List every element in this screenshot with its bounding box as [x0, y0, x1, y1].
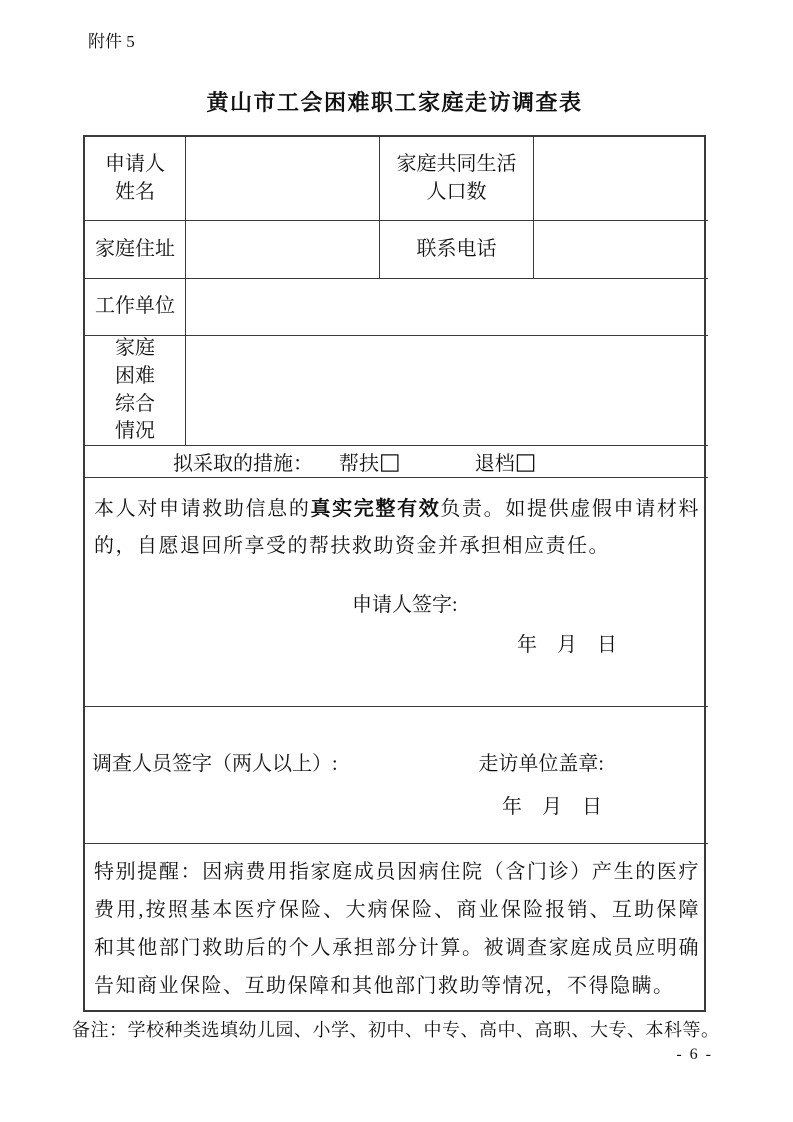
work-unit-label: 工作单位 — [85, 279, 186, 336]
form-table: 申请人 姓名 家庭共同生活 人口数 家庭住址 联系电话 工作单位 家庭 困难 综… — [83, 135, 706, 1012]
page-number: - 6 - — [676, 1046, 713, 1064]
declaration-text-start: 本人对申请救助信息的 — [94, 498, 310, 520]
declaration-paragraph: 本人对申请救助信息的真实完整有效负责。如提供虚假申请材料的，自愿退回所享受的帮扶… — [94, 491, 700, 565]
assist-option-label: 帮扶 — [339, 447, 379, 476]
measures-label: 拟采取的措施： — [173, 447, 313, 476]
reminder-label: 特别提醒： — [94, 861, 202, 883]
applicant-name-cell[interactable] — [186, 137, 380, 221]
visit-date-line: 年 月 日 — [92, 790, 604, 819]
assist-option: 帮扶 □ — [339, 447, 401, 476]
measures-row: 拟采取的措施： 帮扶 □ 退档 □ — [85, 446, 708, 478]
applicant-signature-label: 申请人签字: — [94, 588, 700, 617]
assist-checkbox[interactable]: □ — [379, 451, 401, 474]
unit-seal-label: 走访单位盖章: — [478, 747, 604, 776]
attachment-label: 附件 5 — [88, 27, 135, 52]
withdraw-option-label: 退档 — [475, 447, 515, 476]
work-unit-cell[interactable] — [186, 279, 708, 336]
footnote: 备注：学校种类选填幼儿园、小学、初中、中专、高中、高职、大专、本科等。 — [72, 1016, 720, 1042]
home-address-label: 家庭住址 — [85, 221, 186, 279]
withdraw-option: 退档 □ — [475, 447, 537, 476]
household-size-cell[interactable] — [534, 137, 708, 221]
family-difficulty-label: 家庭 困难 综合 情况 — [85, 336, 186, 446]
document-page: 附件 5 黄山市工会困难职工家庭走访调查表 申请人 姓名 家庭共同生活 人口数 … — [0, 0, 793, 1122]
footnote-text: 学校种类选填幼儿园、小学、初中、中专、高中、高职、大专、本科等。 — [128, 1020, 720, 1040]
contact-phone-cell[interactable] — [534, 221, 708, 279]
applicant-date-line: 年 月 日 — [94, 628, 700, 657]
home-address-cell[interactable] — [186, 221, 380, 279]
household-size-label: 家庭共同生活 人口数 — [380, 137, 534, 221]
investigation-section: 调查人员签字（两人以上）: 走访单位盖章: 年 月 日 — [85, 707, 708, 844]
reminder-section: 特别提醒：因病费用指家庭成员因病住院（含门诊）产生的医疗费用,按照基本医疗保险、… — [85, 844, 708, 1010]
investigator-signature-label: 调查人员签字（两人以上）: — [92, 747, 338, 776]
applicant-name-label: 申请人 姓名 — [85, 137, 186, 221]
page-title: 黄山市工会困难职工家庭走访调查表 — [83, 86, 706, 117]
declaration-bold-text: 真实完整有效 — [310, 498, 440, 520]
contact-phone-label: 联系电话 — [380, 221, 534, 279]
family-difficulty-cell[interactable] — [186, 336, 708, 446]
reminder-paragraph: 特别提醒：因病费用指家庭成员因病住院（含门诊）产生的医疗费用,按照基本医疗保险、… — [94, 853, 700, 1005]
declaration-section: 本人对申请救助信息的真实完整有效负责。如提供虚假申请材料的，自愿退回所享受的帮扶… — [85, 478, 708, 707]
withdraw-checkbox[interactable]: □ — [515, 451, 537, 474]
footnote-label: 备注： — [72, 1020, 128, 1040]
